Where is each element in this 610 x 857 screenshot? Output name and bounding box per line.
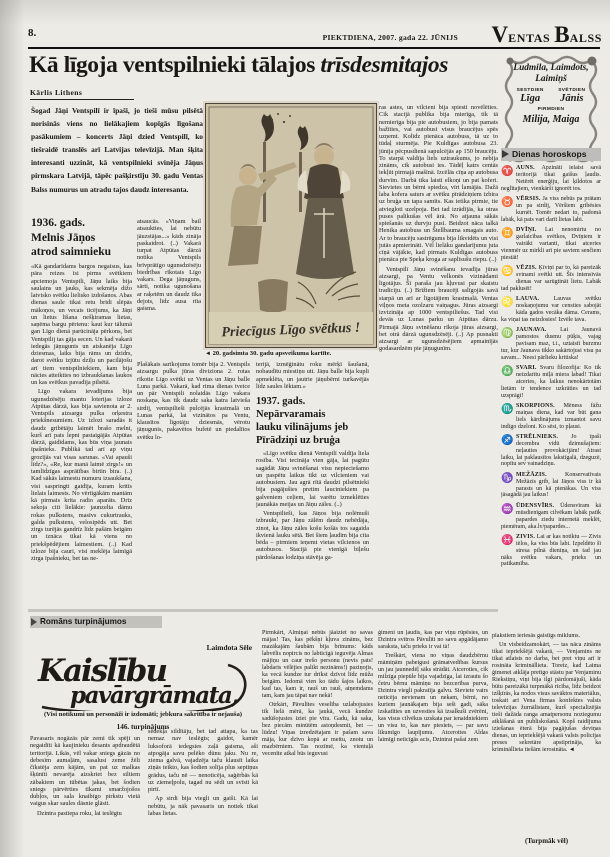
zodiac-libra-icon: ♎ [501, 365, 514, 378]
zodiac-virgo-icon: ♍ [501, 327, 514, 340]
paragraph: terijā, izmēģinātu roku mērķī šaušanā, n… [256, 361, 369, 390]
novel-section-label: Romāns turpinājumos [30, 616, 162, 628]
zodiac-aquarius-icon: ♒ [501, 503, 514, 516]
dateline: PIEKTDIENA, 2007. gada 22. JŪNIJS [323, 33, 458, 42]
paragraph: Ap sirdi bija viegli un gaiši. Kā lai ne… [148, 795, 258, 817]
zodiac-leo-icon: ♌ [501, 296, 514, 309]
zodiac-pisces-icon: ♓ [501, 534, 514, 547]
zodiac-sagittarius-icon: ♐ [501, 434, 514, 447]
paragraph: atsaucās. «Viņam bail atsaukties, lai ne… [137, 218, 201, 312]
masthead-initial: V [491, 22, 508, 47]
zodiac-gemini-icon: ♊ [501, 227, 514, 240]
paragraph: sēdekļa sildītāju, bet tad attapa, ka ta… [148, 728, 258, 793]
horoscope-entry-zivis: ♓ZIVIS. Lai ar kas notiktu — Zivis tēlos… [501, 534, 601, 569]
article-column-2: Plašākais sarīkojums tomēr bija 2. Vents… [137, 361, 250, 610]
horoscope-entry-dvini: ♊DVĪŅI. Lai nenomirtu no garlaicības svē… [501, 227, 601, 262]
zodiac-aries-icon: ♈ [501, 165, 514, 178]
paragraph: Līgo vakara ievadījums bija ugunsdzēsēju… [31, 388, 132, 562]
namedays-today: Ludmila, Laimdots, Laimiņš [511, 63, 591, 85]
paragraph: ģimeni un ļaudis, kas par viņu rūpēsies,… [378, 630, 488, 651]
sign-name: ZIVIS. [516, 534, 535, 540]
horoscope-list: ♈AUNS. Apzināti ielaist savā teritorijā … [501, 165, 601, 630]
horoscope-entry-jaunava: ♍JAUNAVA. Lai Jaunavā pamostos dusmu pūķ… [501, 327, 601, 362]
masthead-text: ALSS [570, 31, 602, 45]
zodiac-scorpio-icon: ♏ [501, 403, 514, 416]
zodiac-cancer-icon: ♋ [501, 265, 514, 278]
postcard-illustration: Priecīgus Līgo svētkus ! [206, 104, 376, 347]
masthead-text: ENTAS [508, 31, 550, 45]
horoscope-entry-vezis: ♋VĒZIS. Ķīviņi par to, kā pareizāk svina… [501, 265, 601, 293]
paragraph: Ventspilī Jāņu svinēšanu ievadīja jūras … [379, 266, 498, 353]
sign-name: SVARI. [516, 365, 537, 371]
horoscope-entry-skorpions: ♏SKORPIONS. Mēness fāžu maiņas diena, ka… [501, 403, 601, 431]
horoscope-title: Dienas horoskops [501, 148, 601, 161]
saturday-name: Līga [517, 93, 544, 104]
page-number: 8. [28, 27, 36, 39]
sign-name: ŪDENSVĪRS. [516, 503, 554, 509]
paragraph: Dzintra pastiepa roku, lai ieslēgtu [30, 810, 140, 817]
headline-regular: Kā līgoja ventspilnieki tālajos [29, 52, 320, 78]
section-divider [28, 609, 498, 612]
paragraph: Treškārt, viena no viņas daudzbērnu māmi… [378, 653, 488, 744]
paragraph: plakstiem ieriesās gaistīgs miklums. [492, 633, 601, 640]
sign-name: MEŽĀZIS. [516, 472, 547, 478]
sign-name: DVĪŅI. [516, 227, 536, 233]
article-lead: Šogad Jāņi Ventspilī ir īpaši, jo tieši … [31, 104, 203, 196]
paragraph: Pirmkārt, Almiņai nebūs jāaiziet no sava… [262, 630, 373, 700]
sunday-name: Jānis [558, 93, 585, 104]
horoscope-entry-svari: ♎SVARI. Svaru filozofija: Ko tik neizdar… [501, 365, 601, 400]
article-column-3: terijā, izmēģinātu roku mērķī šaušanā, n… [256, 361, 369, 610]
horoscope-entry-lauva: ♌LAUVA. Lauvas svētku noskaņojumu var ce… [501, 296, 601, 324]
paragraph: Plašākais sarīkojums tomēr bija 2. Vents… [137, 361, 250, 441]
article-column-1: «Kā gandarīdams bargos negaisus, kas pār… [31, 263, 132, 610]
zodiac-capricorn-icon: ♑ [501, 472, 514, 485]
paragraph: Ventspilieši, kas Jāņos bija nolēmuši iz… [256, 510, 369, 561]
byline: Kārlis Lithens [30, 88, 134, 100]
ligo-postcard-image: Priecīgus Līgo svētkus ! [205, 103, 377, 348]
headline-italic: trīsdesmitajos [320, 52, 448, 78]
article-column-2-narrow: atsaucās. «Viņam bail atsaukties, lai ne… [137, 218, 201, 345]
newspaper-page: 8. PIEKTDIENA, 2007. gada 22. JŪNIJS VEN… [0, 0, 610, 857]
paragraph: Pavasaris nogāzās pār zemi tik spēji un … [30, 735, 140, 808]
horoscope-entry-udensvirs: ♒ŪDENSVĪRS. Ūdensvīram kā mūsdienīgam ci… [501, 503, 601, 531]
monday-label: PIRMDIEN [538, 107, 565, 112]
article-column-4: ras astes, un vilcieni bija spiesti novē… [379, 104, 498, 610]
paragraph: «Līgo svētku dienā Ventspilī valdīja lie… [256, 450, 369, 508]
horoscope-entry-strelnieks: ♐STRĒLNIEKS. Jo īpaši decembra vidū dzim… [501, 434, 601, 469]
paragraph: Otrkārt, Pāvulītes veselība uzlabojusies… [262, 702, 373, 758]
novel-column-5: plakstiem ieriesās gaistīgs miklums. Un … [492, 633, 601, 833]
caption-text: 20. gadsimta 30. gadu apsveikuma kartīte… [213, 350, 332, 357]
zodiac-taurus-icon: ♉ [501, 196, 514, 209]
paragraph: «Kā gandarīdams bargos negaisus, kas pār… [31, 263, 132, 386]
novel-column-3: Pirmkārt, Almiņai nebūs jāaiziet no sava… [262, 630, 373, 850]
novel-disclaimer: (Visi notikumi un personāži ir izdomāti;… [29, 711, 257, 719]
image-caption: ◄ 20. gadsimta 30. gadu apsveikuma kartī… [205, 350, 377, 358]
sign-name: JAUNAVA. [516, 327, 547, 333]
horoscope-entry-mezazis: ♑MEŽĀZIS. Konservatīvais Mežāzis grib, l… [501, 472, 601, 500]
horoscope-entry-auns: ♈AUNS. Apzināti ielaist savā teritorijā … [501, 165, 601, 193]
novel-column-4: ģimeni un ļaudis, kas par viņu rūpēsies,… [378, 630, 488, 850]
sign-name: VĒRSIS. [516, 196, 541, 202]
paragraph-text: Un visbeidzamokārt, — tas nāca zināms ti… [492, 642, 601, 753]
article-headline: Kā līgoja ventspilnieki tālajos trīsdesm… [29, 52, 503, 78]
caption-arrow-icon: ◄ [205, 351, 211, 357]
novel-column-1: Pavasaris nogāzās pār zemi tik spēji un … [30, 735, 140, 850]
section-heading-1937: 1937. gads. Nepārvaramais lauku vilināju… [256, 395, 369, 447]
horoscope-entry-versis: ♉VĒRSIS. Ja viss nebūs pa prātam un pa s… [501, 196, 601, 224]
novel-title-art: Kaislību pavārgrāmata, [32, 651, 252, 716]
novel-to-be-continued: (Turpmāk vēl) [492, 837, 601, 845]
sign-name: VĒZIS. [516, 265, 537, 271]
paragraph: ras astes, un vilcieni bija spiesti novē… [379, 104, 498, 264]
masthead-logo: VENTAS BALSS [491, 22, 602, 48]
paragraph: Un visbeidzamokārt, — tas nāca zināms ti… [492, 642, 601, 754]
sign-name: AUNS. [516, 165, 535, 171]
sign-name: SKORPIONS. [516, 403, 555, 409]
masthead-initial: B [554, 22, 569, 47]
novel-title-line2: pavārgrāmata, [70, 682, 238, 709]
end-arrow-icon: ◄ [569, 747, 575, 753]
section-heading-1936: 1936. gads. Melnis Jāņos atrod saimnieku [31, 216, 141, 260]
novel-column-2: sēdekļa sildītāju, bet tad attapa, ka ta… [148, 728, 258, 850]
novel-title-lettering: Kaislību pavārgrāmata, [32, 651, 252, 711]
sign-name: LAUVA. [516, 296, 539, 302]
monday-names: Milija, Maiga [523, 114, 580, 125]
sign-name: STRĒLNIEKS. [516, 434, 558, 440]
header-rule [28, 47, 600, 49]
